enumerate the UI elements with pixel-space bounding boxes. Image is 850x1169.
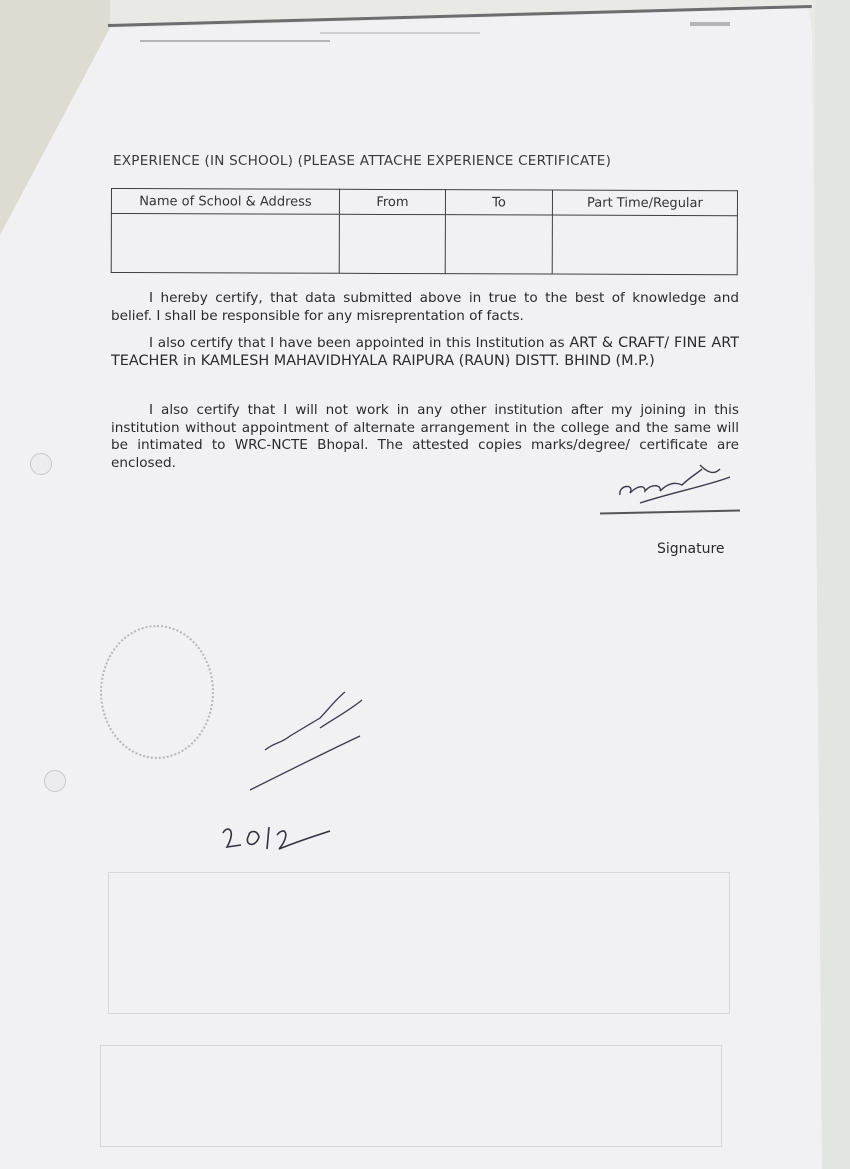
scan-artifact [690,22,730,26]
experience-table: Name of School & Address From To Part Ti… [111,188,738,275]
column-header: Part Time/Regular [552,190,737,216]
scan-artifact [140,40,330,42]
table-cell-from [339,214,445,273]
rubber-stamp [100,625,214,759]
show-through-table [100,1045,722,1147]
punch-hole [30,453,52,475]
signature-label: Signature [657,541,725,557]
column-header: To [445,190,552,215]
punch-hole [44,770,66,792]
paragraph-text: I also certify that I have been appointe… [149,335,569,351]
section-heading: EXPERIENCE (IN SCHOOL) (PLEASE ATTACHE E… [113,153,611,169]
table-cell-to [445,215,552,274]
certification-paragraph-1: I hereby certify, that data submitted ab… [111,290,739,325]
table-cell-type [552,215,737,275]
signature-handwritten [590,455,750,515]
scan-artifact [320,32,480,34]
handwritten-year [215,815,345,875]
column-header: From [339,189,445,214]
table-cell-school [111,214,339,274]
show-through-table [108,872,730,1014]
document-page: EXPERIENCE (IN SCHOOL) (PLEASE ATTACHE E… [0,0,850,1169]
attestation-signature [220,670,380,800]
column-header: Name of School & Address [111,189,339,215]
table-header-row: Name of School & Address From To Part Ti… [111,189,737,216]
table-row [111,214,737,275]
certification-paragraph-2: I also certify that I have been appointe… [111,335,739,370]
paragraph-text: I hereby certify, that data submitted ab… [111,290,739,324]
